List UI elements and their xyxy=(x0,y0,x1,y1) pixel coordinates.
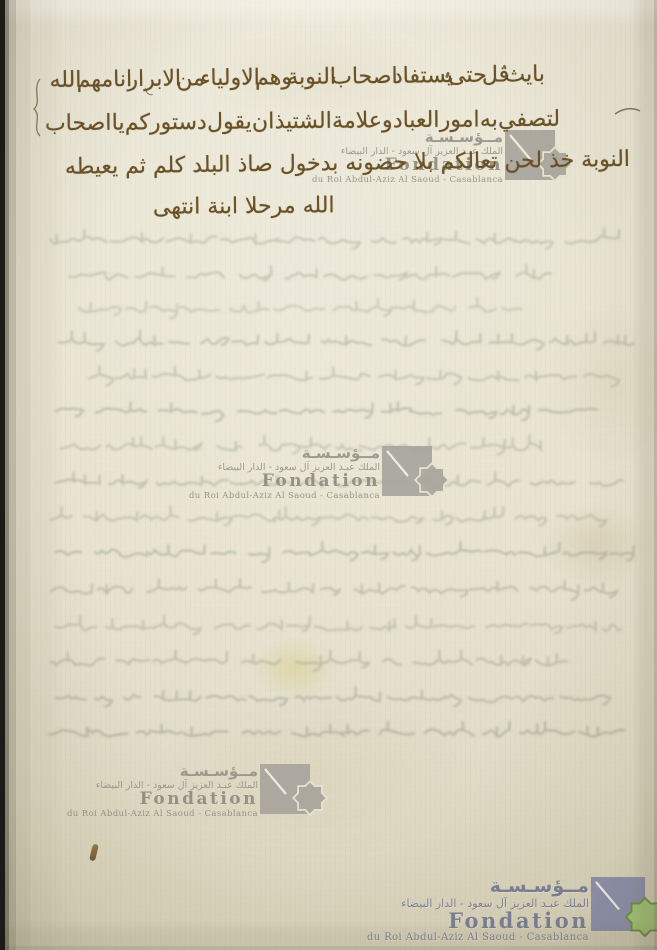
ink-line-1: بايث قل حتى يستفاد اصحاب النوبة وهم الاو… xyxy=(49,61,545,96)
foundation-arabic-title: مــؤسـسـة xyxy=(425,130,503,146)
paper-stain xyxy=(545,300,657,470)
foundation-latin-title: Fondation xyxy=(448,910,589,932)
paper-stain xyxy=(150,690,480,860)
foundation-watermark-text: مــؤسـسـةالملك عبـد العزيز آل سعود - الد… xyxy=(377,877,589,943)
book-binding-gutter xyxy=(0,0,657,950)
foundation-arabic-title: مــؤسـسـة xyxy=(302,446,380,462)
ink-line-3: النوبة خذ لحن تعالكم بلا حضونه بدخول صاذ… xyxy=(44,146,630,183)
foundation-watermark: مــؤسـسـةالملك عبـد العزيز آل سعود - الد… xyxy=(377,877,657,949)
bleedthrough-line xyxy=(55,615,622,635)
bleedthrough-line xyxy=(55,472,624,488)
foundation-latin-subtitle: du Roi Abdul-Aziz Al Saoud - Casablanca xyxy=(312,176,503,185)
bleedthrough-line xyxy=(55,541,634,562)
foundation-watermark: مــؤسـسـةالملك عبـد العزيز آل سعود - الد… xyxy=(192,446,454,508)
ink-diacritic-mark xyxy=(445,72,450,79)
foundation-latin-subtitle: du Roi Abdul-Aziz Al Saoud - Casablanca xyxy=(367,933,589,943)
pen-curve-mark xyxy=(614,103,642,117)
foundation-logo-icon xyxy=(505,130,577,192)
paper-stain xyxy=(540,505,650,585)
bleedthrough-line xyxy=(58,330,635,350)
foundation-arabic-title: مــؤسـسـة xyxy=(490,877,589,897)
foundation-latin-title: Fondation xyxy=(140,791,258,809)
ink-line-4: الله مرحلا ابنة انتهى xyxy=(153,192,335,222)
foundation-latin-subtitle: du Roi Abdul-Aziz Al Saoud - Casablanca xyxy=(67,810,258,819)
foundation-logo-icon xyxy=(382,446,454,508)
foundation-watermark-text: مــؤسـسـةالملك عبـد العزيز آل سعود - الد… xyxy=(70,764,258,819)
bleedthrough-line xyxy=(48,721,626,737)
bleedthrough-line xyxy=(55,401,598,421)
eight-point-star-icon xyxy=(539,148,570,179)
foundation-arabic-subtitle: الملك عبـد العزيز آل سعود - الدار البيضا… xyxy=(96,781,258,791)
manuscript-ink-text: بايث قل حتى يستفاد اصحاب النوبة وهم الاو… xyxy=(0,0,657,950)
page-bottom-edge xyxy=(0,0,657,950)
bleedthrough-line xyxy=(55,686,610,706)
bleedthrough-line xyxy=(60,435,541,455)
bleedthrough-line xyxy=(50,506,606,527)
eight-point-star-icon xyxy=(294,782,325,813)
foundation-arabic-title: مــؤسـسـة xyxy=(180,764,258,780)
bleedthrough-line xyxy=(50,578,617,599)
foundation-watermark-text: مــؤسـسـةالملك عبـد العزيز آل سعود - الد… xyxy=(192,446,380,501)
logo-square-icon xyxy=(505,130,555,180)
page-vignette xyxy=(0,0,657,950)
eight-point-star-icon xyxy=(416,464,447,495)
foundation-arabic-subtitle: الملك عبـد العزيز آل سعود - الدار البيضا… xyxy=(401,898,589,909)
bleedthrough-text-layer xyxy=(0,0,657,950)
ink-diacritic-mark xyxy=(503,65,506,68)
logo-square-icon xyxy=(382,446,432,496)
foundation-arabic-subtitle: الملك عبـد العزيز آل سعود - الدار البيضا… xyxy=(341,147,503,157)
page-right-edge xyxy=(0,0,657,950)
foundation-logo-icon xyxy=(591,877,657,949)
foundation-watermark: مــؤسـسـةالملك عبـد العزيز آل سعود - الد… xyxy=(70,764,332,826)
eight-point-star-icon xyxy=(627,899,657,934)
bleedthrough-line xyxy=(78,297,523,318)
watermark-layer: مــؤسـسـةالملك عبـد العزيز آل سعود - الد… xyxy=(0,0,657,950)
logo-diagonal-line xyxy=(265,769,286,794)
logo-diagonal-line xyxy=(387,451,408,476)
pen-brace-mark xyxy=(27,76,45,140)
logo-square-icon xyxy=(591,877,645,931)
paper-stain xyxy=(200,30,440,120)
logo-diagonal-line xyxy=(596,882,619,909)
paper-stain-yellow xyxy=(252,638,338,698)
logo-square-icon xyxy=(260,764,310,814)
paper-fleck xyxy=(89,844,99,862)
page-top-edge xyxy=(0,0,657,950)
foundation-arabic-subtitle: الملك عبـد العزيز آل سعود - الدار البيضا… xyxy=(218,463,380,473)
foundation-watermark-text: مــؤسـسـةالملك عبـد العزيز آل سعود - الد… xyxy=(315,130,503,185)
foundation-logo-icon xyxy=(260,764,332,826)
ink-speck xyxy=(145,86,153,96)
logo-diagonal-line xyxy=(510,135,531,160)
manuscript-scan-page: { "manuscript": { "ink_lines": [ "بايث ق… xyxy=(0,0,657,950)
foundation-latin-title: Fondation xyxy=(385,157,503,175)
foundation-latin-title: Fondation xyxy=(262,473,380,491)
bleedthrough-line xyxy=(88,365,619,386)
bleedthrough-line xyxy=(50,650,568,671)
bleedthrough-line xyxy=(68,264,552,280)
ink-line-2: لتصفي به امور العباد وعلامة الشتيذ ان يق… xyxy=(45,106,560,139)
foundation-latin-subtitle: du Roi Abdul-Aziz Al Saoud - Casablanca xyxy=(189,492,380,501)
bleedthrough-line xyxy=(50,228,619,249)
foundation-watermark: مــؤسـسـةالملك عبـد العزيز آل سعود - الد… xyxy=(315,130,577,192)
